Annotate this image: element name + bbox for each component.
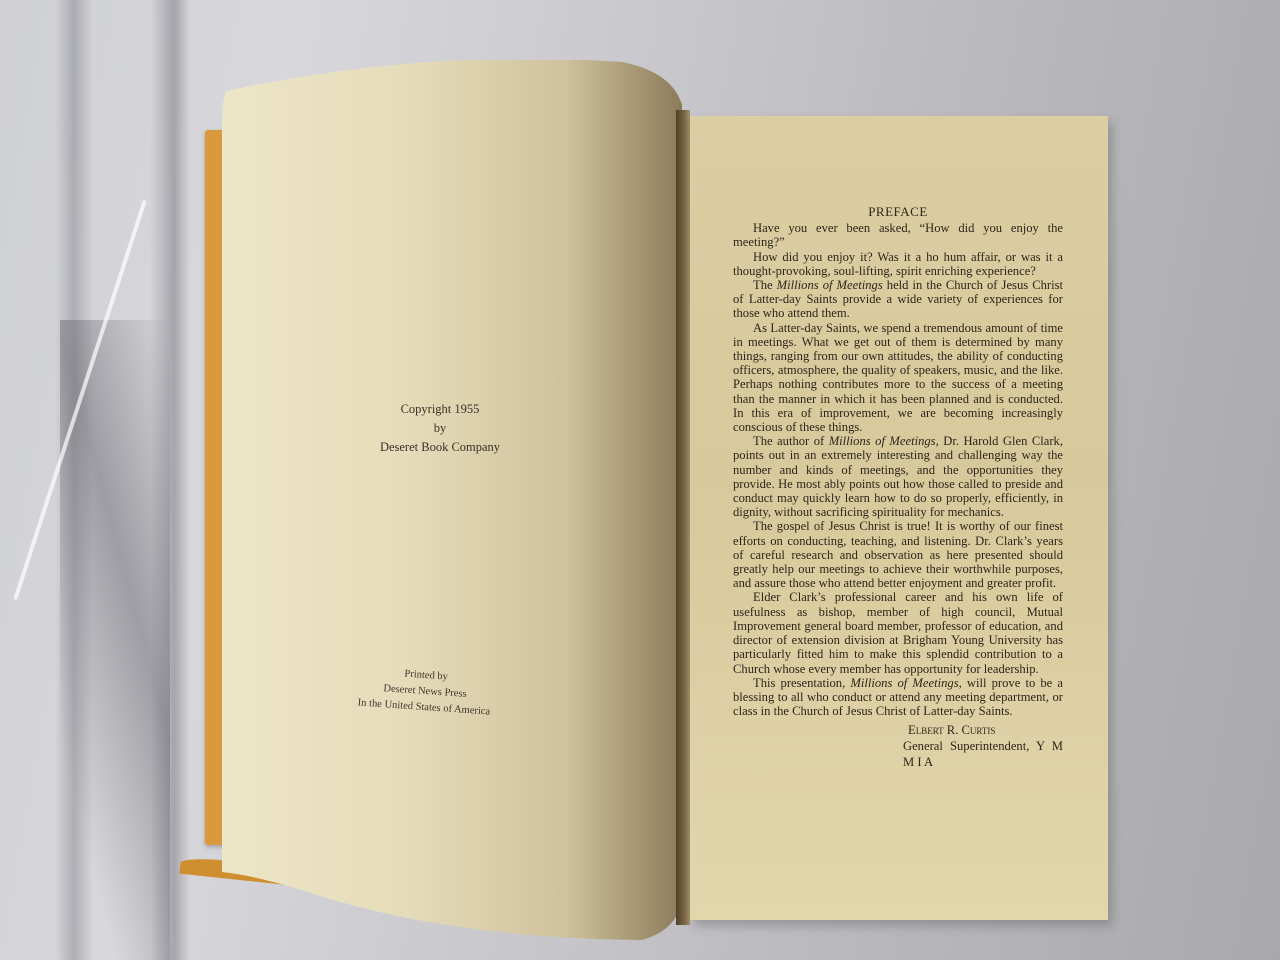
preface-paragraph: As Latter-day Saints, we spend a tremend…	[733, 321, 1063, 435]
preface-title: PREFACE	[733, 205, 1063, 219]
preface-paragraph: This presentation, Millions of Meetings,…	[733, 676, 1063, 719]
signature-name: Elbert R. Curtis	[908, 722, 1063, 738]
preface-paragraph: Elder Clark’s professional career and hi…	[733, 590, 1063, 675]
preface-section: PREFACE Have you ever been asked, “How d…	[733, 205, 1063, 770]
left-page	[222, 60, 682, 940]
copyright-line: Copyright 1955	[360, 400, 520, 419]
preface-paragraph: The gospel of Jesus Christ is true! It i…	[733, 519, 1063, 590]
copyright-publisher: Deseret Book Company	[360, 438, 520, 457]
signature-title: General Superintendent, Y M M I A	[903, 738, 1063, 770]
preface-signature: Elbert R. Curtis General Superintendent,…	[733, 722, 1063, 770]
preface-paragraph: How did you enjoy it? Was it a ho hum af…	[733, 250, 1063, 278]
copyright-notice: Copyright 1955 by Deseret Book Company	[360, 400, 520, 457]
preface-paragraph: Have you ever been asked, “How did you e…	[733, 221, 1063, 249]
book-title-italic: Millions of Meetings	[777, 278, 883, 292]
preface-paragraph: The Millions of Meetings held in the Chu…	[733, 278, 1063, 321]
book-title-italic: Millions of Meetings	[829, 434, 936, 448]
preface-paragraph: The author of Millions of Meetings, Dr. …	[733, 434, 1063, 519]
book-title-italic: Millions of Meetings	[850, 676, 958, 690]
book-gutter	[676, 110, 690, 925]
copyright-by: by	[360, 419, 520, 438]
